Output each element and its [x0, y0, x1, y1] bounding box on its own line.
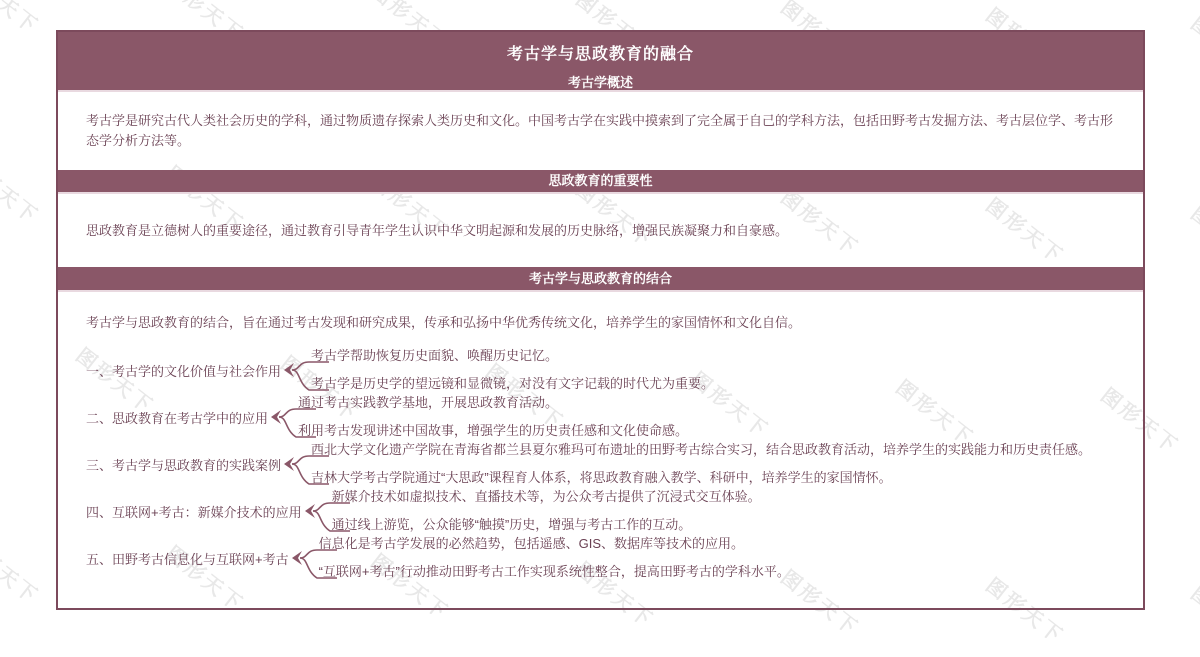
watermark-text: 图形天下 [0, 530, 46, 609]
branch-child: 信息化是考古学发展的必然趋势，包括遥感、GIS、数据库等技术的应用。 [319, 530, 790, 558]
watermark-text: 图形天下 [1186, 8, 1200, 87]
map-branch-5: 五、田野考古信息化与互联网+考古 信息化是考古学发展的必然趋势，包括遥感、GIS… [86, 530, 1123, 586]
section-heading-3: 考古学与思政教育的结合 [58, 267, 1143, 292]
branch-topic: 一、考古学的文化价值与社会作用 [86, 361, 281, 380]
branch-topic: 三、考古学与思政教育的实践案例 [86, 455, 281, 474]
document-header: 考古学与思政教育的融合 考古学概述 [58, 32, 1143, 92]
mind-map: 一、考古学的文化价值与社会作用 考古学帮助恢复历史面貌、唤醒历史记忆。 考古学是… [86, 342, 1123, 586]
section-body-3: 考古学与思政教育的结合，旨在通过考古发现和研究成果，传承和弘扬中华优秀传统文化，… [58, 292, 1143, 608]
branch-topic: 四、互联网+考古：新媒介技术的应用 [86, 502, 302, 521]
branch-child: 西北大学文化遗产学院在青海省都兰县夏尔雅玛可布遗址的田野考古综合实习，结合思政教… [311, 436, 1091, 464]
document-frame: 考古学与思政教育的融合 考古学概述 考古学是研究古代人类社会历史的学科，通过物质… [56, 30, 1145, 610]
branch-topic: 二、思政教育在考古学中的应用 [86, 408, 268, 427]
section-heading-2: 思政教育的重要性 [58, 170, 1143, 194]
branch-topic: 五、田野考古信息化与互联网+考古 [86, 549, 289, 568]
watermark-text: 图形天下 [1186, 578, 1200, 641]
branch-child: 考古学帮助恢复历史面貌、唤醒历史记忆。 [311, 342, 714, 370]
section-body-2: 思政教育是立德树人的重要途径，通过教育引导青年学生认识中华文明起源和发展的历史脉… [58, 194, 1143, 267]
watermark-text: 图形天下 [1186, 198, 1200, 277]
paragraph: 思政教育是立德树人的重要途径，通过教育引导青年学生认识中华文明起源和发展的历史脉… [86, 221, 788, 241]
branch-child: 新媒介技术如虚拟技术、直播技术等，为公众考古提供了沉浸式交互体验。 [332, 483, 761, 511]
watermark-text: 图形天下 [0, 150, 46, 229]
watermark-text: 图形天下 [0, 0, 46, 39]
branch-child: 通过考古实践教学基地，开展思政教育活动。 [298, 389, 688, 417]
branch-children: 信息化是考古学发展的必然趋势，包括遥感、GIS、数据库等技术的应用。 “互联网+… [319, 530, 790, 586]
section-heading-1: 考古学概述 [58, 72, 1143, 91]
paragraph: 考古学与思政教育的结合，旨在通过考古发现和研究成果，传承和弘扬中华优秀传统文化，… [86, 313, 1123, 333]
page-title: 考古学与思政教育的融合 [58, 32, 1143, 64]
section-body-1: 考古学是研究古代人类社会历史的学科，通过物质遗存探索人类历史和文化。中国考古学在… [58, 92, 1143, 170]
paragraph: 考古学是研究古代人类社会历史的学科，通过物质遗存探索人类历史和文化。中国考古学在… [86, 111, 1115, 151]
branch-child: “互联网+考古”行动推动田野考古工作实现系统性整合，提高田野考古的学科水平。 [319, 558, 790, 586]
